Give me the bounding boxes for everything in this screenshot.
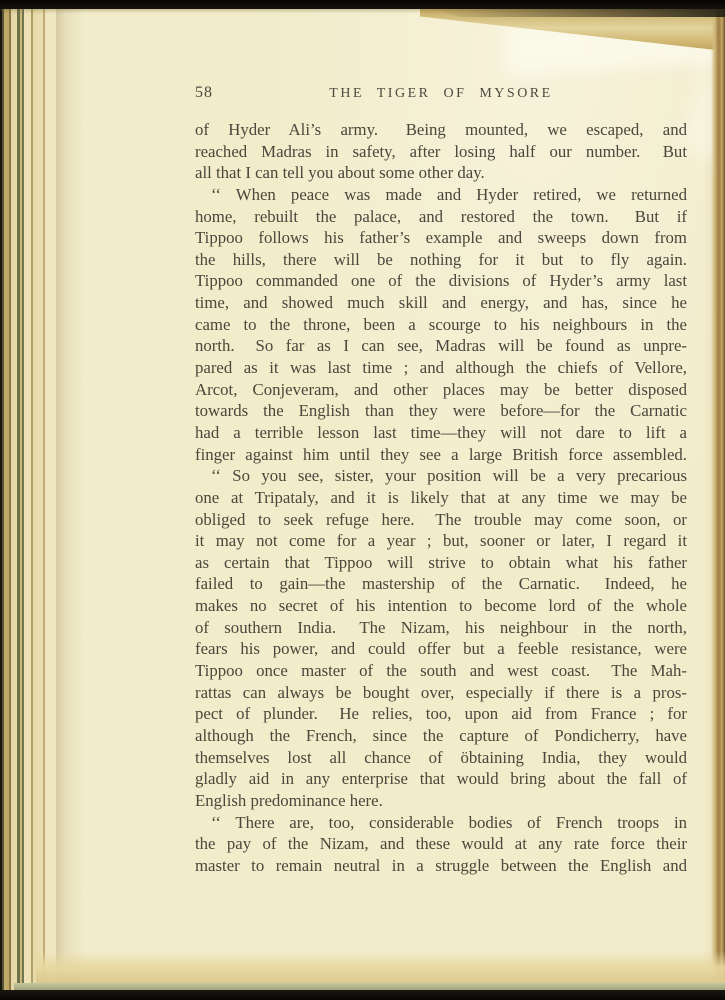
text-line: Tippoo follows his father’s example and … [195,227,687,249]
photo-border-bottom [0,990,725,1000]
text-line: home, rebuilt the palace, and restored t… [195,206,687,228]
paragraph: ‘‘ There are, too, considerable bodies o… [195,812,687,877]
text-line: the pay of the Nizam, and these would at… [195,833,687,855]
text-line: English predominance here. [195,790,687,812]
text-line: ‘‘ When peace was made and Hyder retired… [195,184,687,206]
text-line: ‘‘ There are, too, considerable bodies o… [195,812,687,834]
text-block: of Hyder Ali’s army. Being mounted, we e… [195,119,687,876]
text-line: all that I can tell you about some other… [195,162,687,184]
book-page: 58 THE TIGER OF MYSORE of Hyder Ali’s ar… [56,0,725,1000]
running-head-title: THE TIGER OF MYSORE [195,84,687,102]
bottom-page-stack [36,951,725,983]
text-line: finger against him until they see a larg… [195,444,687,466]
photo-border-top [0,0,725,9]
text-line: Tippoo once master of the south and west… [195,660,687,682]
text-line: north. So far as I can see, Madras will … [195,335,687,357]
photo-border-top-shadow [430,9,725,17]
paragraph: ‘‘ So you see, sister, your position wil… [195,465,687,811]
text-line: the hills, there will be nothing for it … [195,249,687,271]
text-line: towards the English than they were befor… [195,400,687,422]
paragraph: ‘‘ When peace was made and Hyder retired… [195,184,687,465]
text-line: one at Tripataly, and it is likely that … [195,487,687,509]
text-line: although the French, since the capture o… [195,725,687,747]
text-line: ‘‘ So you see, sister, your position wil… [195,465,687,487]
text-line: Arcot, Conjeveram, and other places may … [195,379,687,401]
text-line: had a terrible lesson last time—they wil… [195,422,687,444]
page-header: 58 THE TIGER OF MYSORE [195,84,687,102]
text-line: themselves lost all chance of öbtaining … [195,747,687,769]
bottom-cover-edge [14,983,725,990]
text-line: master to remain neutral in a struggle b… [195,855,687,877]
text-line: as certain that Tippoo will strive to ob… [195,552,687,574]
paragraph: of Hyder Ali’s army. Being mounted, we e… [195,119,687,184]
text-line: makes no secret of his intention to beco… [195,595,687,617]
text-line: obliged to seek refuge here. The trouble… [195,509,687,531]
text-line: time, and showed much skill and energy, … [195,292,687,314]
text-line: rattas can always be bought over, especi… [195,682,687,704]
text-line: Tippoo commanded one of the divisions of… [195,270,687,292]
right-page-edge [711,8,725,990]
book-left-page-edges [0,0,60,1000]
book-scan-photo: 58 THE TIGER OF MYSORE of Hyder Ali’s ar… [0,0,725,1000]
text-line: pared as it was last time ; and although… [195,357,687,379]
page-number: 58 [195,84,213,102]
text-line: failed to gain—the mastership of the Car… [195,573,687,595]
text-line: came to the throne, been a scourge to hi… [195,314,687,336]
text-line: fears his power, and could offer but a f… [195,638,687,660]
text-line: reached Madras in safety, after losing h… [195,141,687,163]
text-line: of Hyder Ali’s army. Being mounted, we e… [195,119,687,141]
text-line: gladly aid in any enterprise that would … [195,768,687,790]
text-line: it may not come for a year ; but, sooner… [195,530,687,552]
text-line: pect of plunder. He relies, too, upon ai… [195,703,687,725]
text-line: of southern India. The Nizam, his neighb… [195,617,687,639]
